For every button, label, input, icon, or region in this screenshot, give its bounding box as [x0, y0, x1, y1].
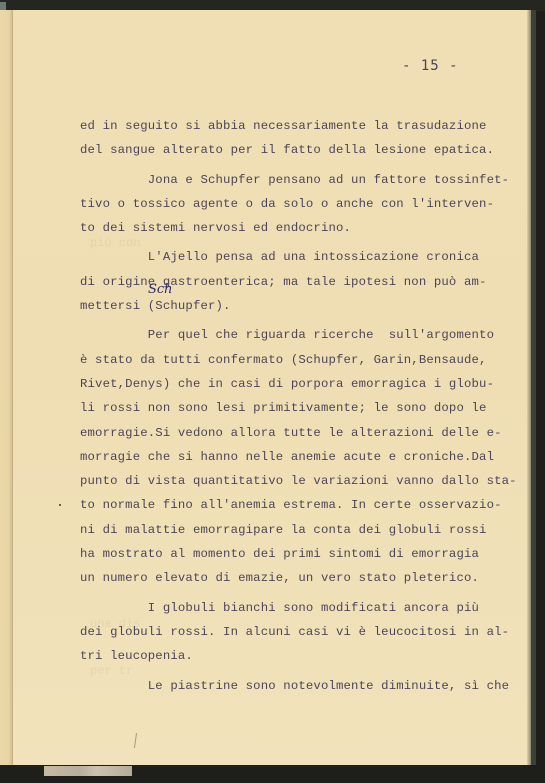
- scanned-page-viewer: più con una dis per tr - 15 - ed in segu…: [0, 0, 545, 783]
- text-line: I globuli bianchi sono modificati ancora…: [80, 596, 500, 620]
- ink-speck: [59, 504, 61, 506]
- text-line: tivo o tossico agente o da solo o anche …: [80, 192, 500, 216]
- text-line: ha mostrato al momento dei primi sintomi…: [80, 542, 500, 566]
- repair-tape: [44, 766, 132, 776]
- adjacent-page-edge: [0, 10, 13, 765]
- text-line: Le piastrine sono notevolmente diminuite…: [80, 674, 500, 698]
- text-line: li rossi non sono lesi primitivamente; l…: [80, 396, 500, 420]
- binding-edge: [531, 10, 536, 765]
- text-line: ni di malattie emorragipare la conta dei…: [80, 518, 500, 542]
- text-line: tri leucopenia.: [80, 644, 500, 668]
- text-line: dei globuli rossi. In alcuni casi vi è l…: [80, 620, 500, 644]
- text-line: to normale fino all'anemia estrema. In c…: [80, 493, 500, 517]
- text-line: un numero elevato di emazie, un vero sta…: [80, 566, 500, 590]
- text-line: Rivet,Denys) che in casi di porpora emor…: [80, 372, 500, 396]
- handwritten-correction: Sch: [148, 283, 164, 297]
- scanner-calibration-tab: [0, 2, 6, 10]
- text-line: Per quel che riguarda ricerche sull'argo…: [80, 323, 500, 347]
- text-line: to dei sistemi nervosi ed endocrino.: [80, 216, 500, 240]
- text-line: di origine gastroenterica; ma tale ipote…: [80, 270, 500, 294]
- text-line: emorragie.Si vedono allora tutte le alte…: [80, 421, 500, 445]
- text-line: morragie che si hanno nelle anemie acute…: [80, 445, 500, 469]
- text-line: L'Ajello pensa ad una intossicazione cro…: [80, 245, 500, 269]
- body-text: ed in seguito si abbia necessariamente l…: [80, 114, 500, 698]
- text-line: punto di vista quantitativo le variazion…: [80, 469, 500, 493]
- text-line: del sangue alterato per il fatto della l…: [80, 138, 500, 162]
- text-line: mettersi (Schupfer).: [80, 294, 500, 318]
- text-line: Jona e Schupfer pensano ad un fattore to…: [80, 168, 500, 192]
- text-line: ed in seguito si abbia necessariamente l…: [80, 114, 500, 138]
- page-number: - 15 -: [402, 58, 459, 74]
- text-line: è stato da tutti confermato (Schupfer, G…: [80, 348, 500, 372]
